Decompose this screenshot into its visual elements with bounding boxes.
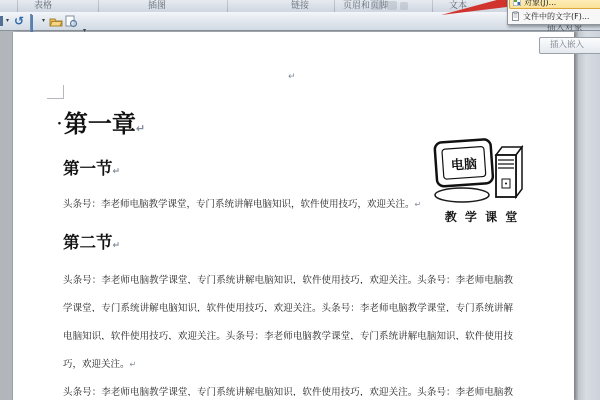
ribbon-group-links: 链接 [291,0,309,12]
dropdown-caret-icon[interactable]: ▾ [6,18,9,24]
open-folder-icon[interactable] [49,16,63,27]
ribbon-button-fragment [371,1,383,10]
menu-item-text-from-file-label: 文件中的文字(F)... [523,11,589,22]
section1-heading: 第一节↵ [63,155,120,179]
section2-line-2: 学课堂，专门系统讲解电脑知识，软件使用技巧，欢迎关注。头条号：李老师电脑教学课堂… [63,300,513,312]
ribbon-button-fragment [387,1,397,10]
paragraph-mark: ↵ [136,122,145,135]
section2-line-1: 头条号：李老师电脑教学课堂，专门系统讲解电脑知识，软件使用技巧，欢迎关注。头条号… [63,272,513,284]
word-application-window: 表格 插图 链接 页眉和页脚 文本 ▾ ↺ ▾ ▾ ↵ [0,0,600,400]
browse-document-icon[interactable] [65,15,78,28]
screentip-description: 插入嵌入 [539,37,600,54]
undo-icon[interactable]: ↺ [14,15,24,27]
heading-bullet: · [57,116,62,132]
text-from-file-icon [512,11,520,21]
text-boundary-corner-mark [47,85,64,99]
chapter-heading: ·第一章↵ [57,104,145,139]
ribbon-separator [334,0,335,12]
menu-item-object-label: 对象(J)... [524,0,556,8]
clipart-screen-label: 电脑 [450,156,477,174]
ribbon-separator [98,0,99,12]
section1-paragraph-text: 头条号：李老师电脑教学课堂，专门系统讲解电脑知识，软件使用技巧，欢迎关注。 [63,199,415,210]
computer-clipart-image[interactable]: 电脑 [430,135,530,207]
paragraph-mark: ↵ [130,360,137,369]
clipart-caption: 教 学 课 堂 [433,208,531,225]
menu-item-text-from-file[interactable]: 文件中的文字(F)... [509,9,600,23]
chapter-heading-text: 第一章 [64,109,136,138]
paragraph-mark: ↵ [415,200,422,209]
insert-object-dropdown-menu: 对象(J)... 文件中的文字(F)... [507,0,600,25]
paragraph-mark: ↵ [113,167,121,177]
ribbon-button-fragment [400,2,408,10]
ribbon-separator [17,0,18,12]
section2-line-4: 巧，欢迎关注。↵ [63,356,513,370]
section1-heading-text: 第一节 [63,159,113,178]
section3-line-1: 头条号：李老师电脑教学课堂，专门系统讲解电脑知识，软件使用技巧，欢迎关注。头条号… [63,384,513,396]
cut-partial-icon[interactable] [0,16,3,26]
object-icon [513,0,521,6]
ribbon-separator [227,0,228,12]
paragraph-mark: ↵ [113,241,121,251]
section2-line-3: 电脑知识，软件使用技巧，欢迎关注。头条号：李老师电脑教学课堂，专门系统讲解电脑知… [63,328,513,340]
vertical-scrollbar[interactable] [577,31,600,400]
paragraph-mark: ↵ [288,72,296,82]
section2-heading: 第二节↵ [63,229,120,253]
ribbon-group-table: 表格 [34,0,52,12]
menu-item-object[interactable]: 对象(J)... [509,0,600,9]
dropdown-caret-icon[interactable]: ▾ [42,18,45,24]
section2-heading-text: 第二节 [63,233,113,252]
section2-line-4-text: 巧，欢迎关注。 [63,359,130,370]
ribbon-group-illustrations: 插图 [148,0,166,12]
clipart-tower [496,147,522,197]
document-canvas[interactable]: ↵ ·第一章↵ 第一节↵ 头条号：李老师电脑教学课堂，专门系统讲解电脑知识，软件… [13,32,574,400]
